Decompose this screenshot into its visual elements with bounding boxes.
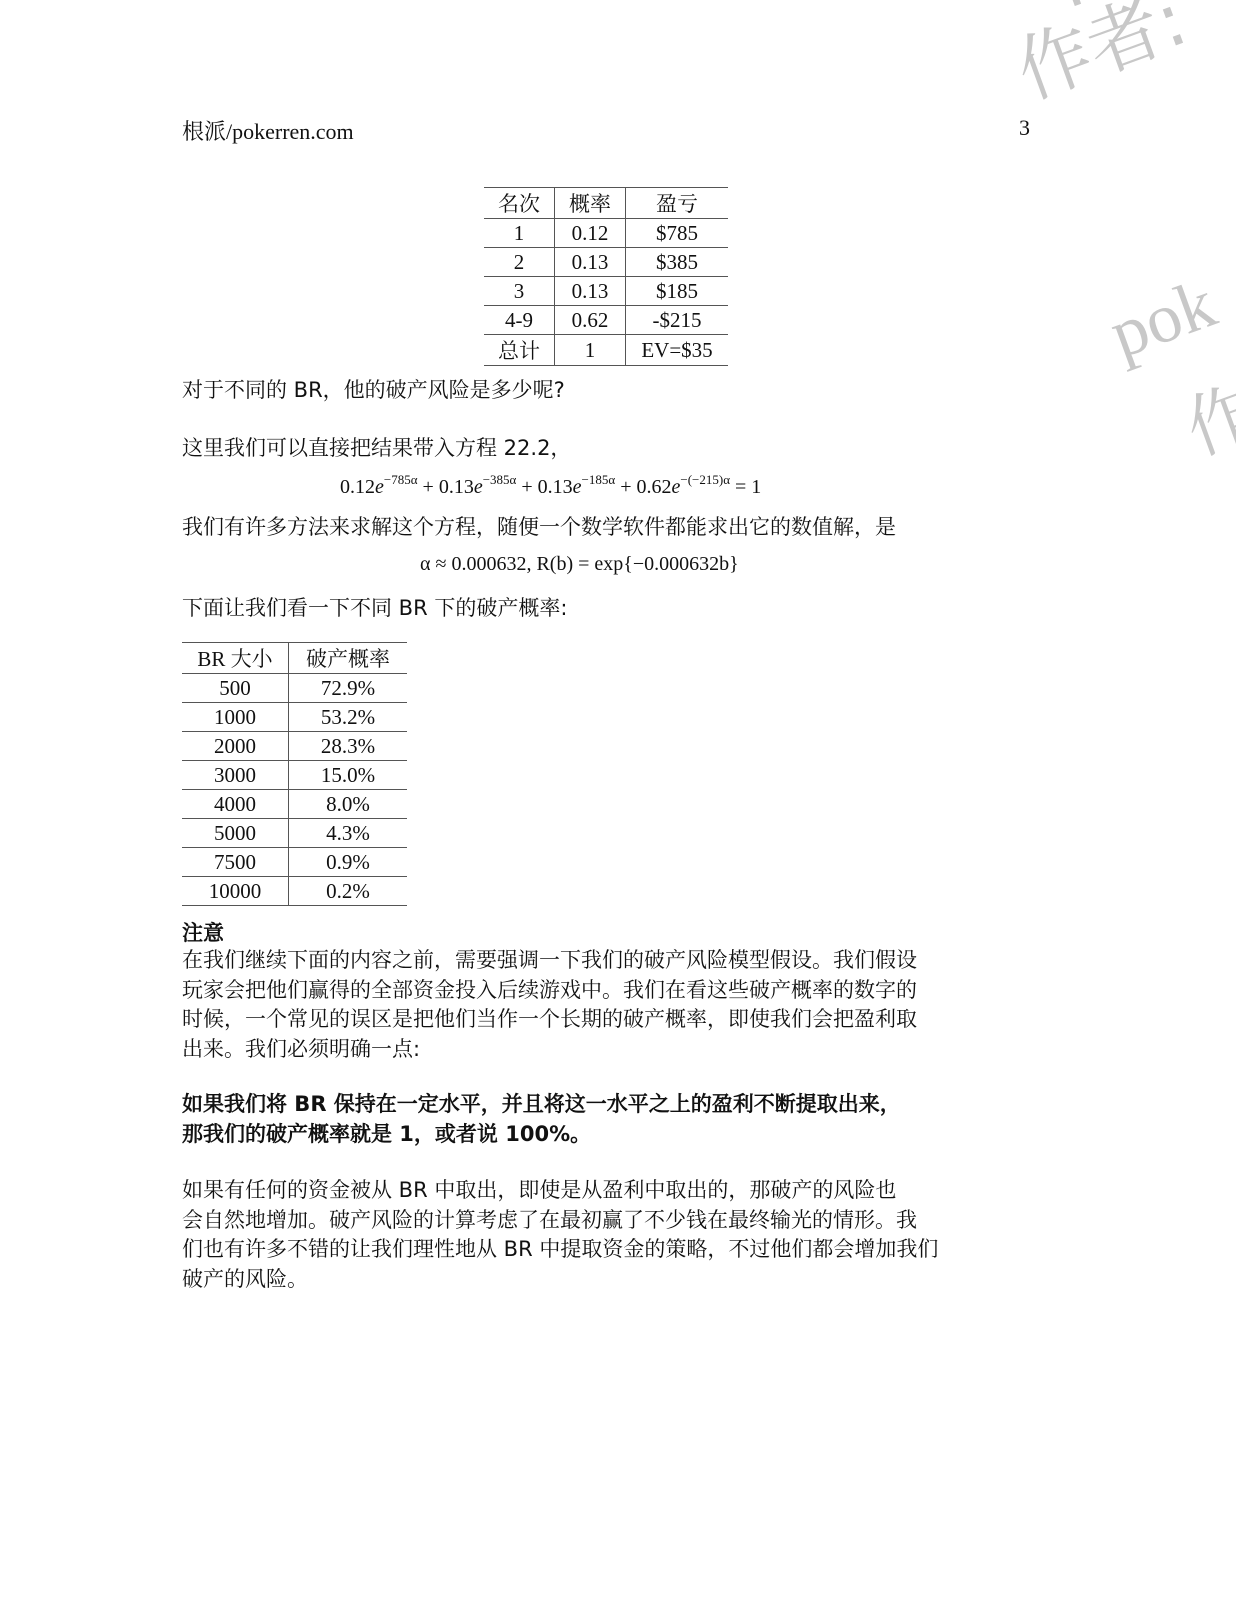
column-header: BR 大小 xyxy=(182,643,289,674)
column-header: 概率 xyxy=(555,188,626,219)
table-row-total: 总计 1 EV=$35 xyxy=(484,335,728,366)
equation-main: 0.12e−785α + 0.13e−385α + 0.13e−185α + 0… xyxy=(340,472,761,499)
column-header: 名次 xyxy=(484,188,555,219)
watermark-text: 作 xyxy=(1170,356,1236,475)
intro-equation-text: 这里我们可以直接把结果带入方程 22.2， xyxy=(182,432,571,462)
table-cell: EV=$35 xyxy=(626,335,729,366)
table-cell: 7500 xyxy=(182,848,289,877)
table-cell: 4.3% xyxy=(289,819,408,848)
table-cell: 2 xyxy=(484,248,555,277)
table-cell: 0.9% xyxy=(289,848,408,877)
table-cell: 4000 xyxy=(182,790,289,819)
column-header: 盈亏 xyxy=(626,188,729,219)
table-row: 300015.0% xyxy=(182,761,407,790)
table-cell: 3 xyxy=(484,277,555,306)
page-number: 3 xyxy=(1019,115,1030,146)
table-cell: $785 xyxy=(626,219,729,248)
table-row: 75000.9% xyxy=(182,848,407,877)
table-cell: $385 xyxy=(626,248,729,277)
watermark-text: p xyxy=(1040,0,1114,11)
table-cell: -$215 xyxy=(626,306,729,335)
table-cell: 28.3% xyxy=(289,732,408,761)
equation-solution: α ≈ 0.000632, R(b) = exp{−0.000632b} xyxy=(420,553,739,576)
table-row: 2 0.13 $385 xyxy=(484,248,728,277)
table-row: 4-9 0.62 -$215 xyxy=(484,306,728,335)
table-cell: 8.0% xyxy=(289,790,408,819)
table-cell: 15.0% xyxy=(289,761,408,790)
table-cell: 10000 xyxy=(182,877,289,906)
table-row: 3 0.13 $185 xyxy=(484,277,728,306)
table-cell: 53.2% xyxy=(289,703,408,732)
column-header: 破产概率 xyxy=(289,643,408,674)
question-text: 对于不同的 BR，他的破产风险是多少呢? xyxy=(182,374,565,404)
note-paragraph: 在我们继续下面的内容之前，需要强调一下我们的破产风险模型假设。我们假设 玩家会把… xyxy=(182,946,1032,1064)
table-cell: $185 xyxy=(626,277,729,306)
ruin-probability-table: BR 大小 破产概率 50072.9% 100053.2% 200028.3% … xyxy=(182,642,407,906)
table-cell: 0.13 xyxy=(555,277,626,306)
watermark-text: 作者: xyxy=(1000,0,1199,120)
table-row: 40008.0% xyxy=(182,790,407,819)
table-cell: 0.62 xyxy=(555,306,626,335)
final-paragraph: 如果有任何的资金被从 BR 中取出，即使是从盈利中取出的，那破产的风险也 会自然… xyxy=(182,1176,1032,1294)
look-text: 下面让我们看一下不同 BR 下的破产概率: xyxy=(182,592,567,622)
table-cell: 1 xyxy=(555,335,626,366)
emphasis-paragraph: 如果我们将 BR 保持在一定水平，并且将这一水平之上的盈利不断提取出来， 那我们… xyxy=(182,1090,1032,1149)
table-row: 1 0.12 $785 xyxy=(484,219,728,248)
page-header: 根派/pokerren.com 3 xyxy=(182,115,1030,146)
table-row: 50004.3% xyxy=(182,819,407,848)
table-cell: 1000 xyxy=(182,703,289,732)
payout-table: 名次 概率 盈亏 1 0.12 $785 2 0.13 $385 3 0.13 … xyxy=(484,187,728,366)
table-cell: 1 xyxy=(484,219,555,248)
table-cell: 0.12 xyxy=(555,219,626,248)
table-cell: 500 xyxy=(182,674,289,703)
site-name: 根派/pokerren.com xyxy=(182,115,354,146)
table-cell: 4-9 xyxy=(484,306,555,335)
table-header-row: 名次 概率 盈亏 xyxy=(484,188,728,219)
table-header-row: BR 大小 破产概率 xyxy=(182,643,407,674)
table-cell: 0.13 xyxy=(555,248,626,277)
table-cell: 72.9% xyxy=(289,674,408,703)
table-cell: 5000 xyxy=(182,819,289,848)
table-row: 100053.2% xyxy=(182,703,407,732)
table-row: 200028.3% xyxy=(182,732,407,761)
table-cell: 总计 xyxy=(484,335,555,366)
table-cell: 2000 xyxy=(182,732,289,761)
watermark-text: pok xyxy=(1100,264,1226,375)
note-title: 注意 xyxy=(182,917,224,947)
table-row: 50072.9% xyxy=(182,674,407,703)
table-cell: 3000 xyxy=(182,761,289,790)
table-row: 100000.2% xyxy=(182,877,407,906)
solve-text: 我们有许多方法来求解这个方程，随便一个数学软件都能求出它的数值解，是 xyxy=(182,511,896,541)
table-cell: 0.2% xyxy=(289,877,408,906)
